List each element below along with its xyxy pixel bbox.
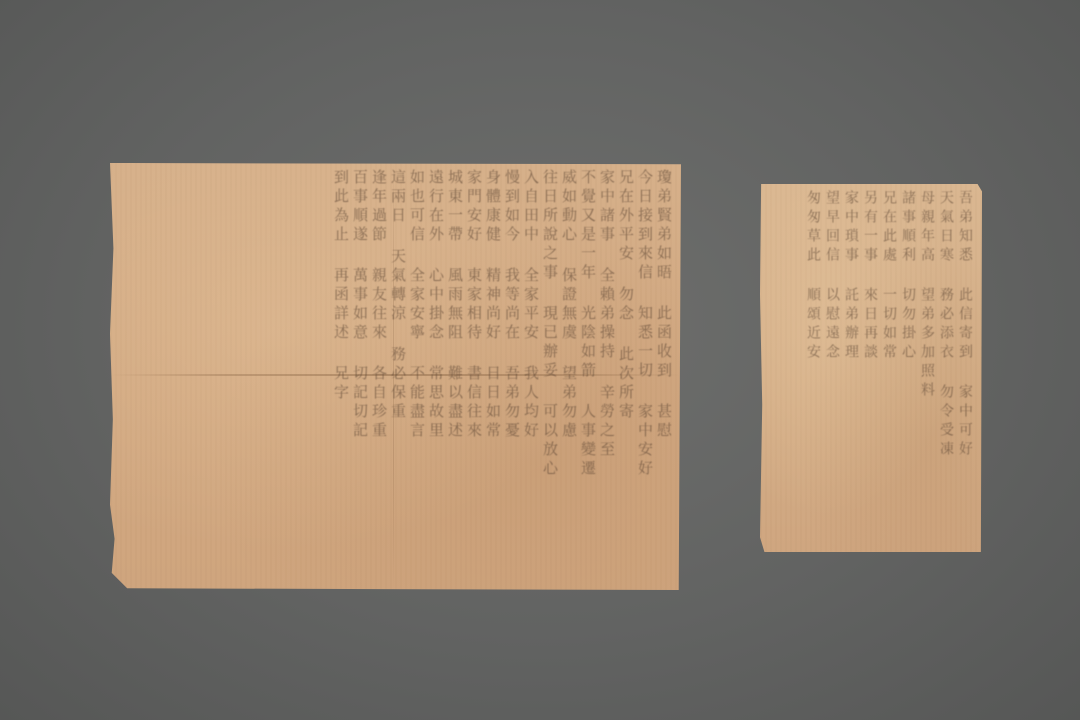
text-column: 這兩日 天氣轉涼 務必保重 <box>390 169 405 584</box>
text-column: 往日所說之事 現已辦妥 可以放心 <box>542 169 557 584</box>
text-column: 城東一帶 風雨無阻 難以盡述 <box>447 169 462 584</box>
small-letter-text: 吾弟知悉 此信寄到 家中可好 天氣日寒 務必添衣 勿令受凍 母親年高 望弟多加照… <box>768 190 972 546</box>
text-column: 遠行在外 心中掛念 常思故里 <box>428 169 443 584</box>
text-column: 今日接到來信 知悉一切 家中安好 <box>637 169 652 584</box>
text-column: 天氣日寒 務必添衣 勿令受凍 <box>939 190 953 546</box>
text-column: 望早回信 以慰遠念 <box>825 190 839 546</box>
small-handwritten-letter: 吾弟知悉 此信寄到 家中可好 天氣日寒 務必添衣 勿令受凍 母親年高 望弟多加照… <box>760 184 982 552</box>
text-column: 瓊弟賢弟如晤 此函收到 甚慰 <box>656 169 671 584</box>
text-column: 匆匆草此 順頌近安 <box>806 190 820 546</box>
text-column: 身體康健 精神尚好 日日如常 <box>485 169 500 584</box>
text-column: 如也可信 全家安寧 不能盡言 <box>409 169 424 584</box>
text-column: 慢到如今 我等尚在 吾弟勿憂 <box>504 169 519 584</box>
text-column: 母親年高 望弟多加照料 <box>920 190 934 546</box>
text-column: 兄在此處 一切如常 <box>882 190 896 546</box>
text-column: 逢年過節 親友往來 各自珍重 <box>371 169 386 584</box>
text-column: 到此為止 再函詳述 兄字 <box>333 169 348 584</box>
text-column: 家中瑣事 託弟辦理 <box>844 190 858 546</box>
photo-background: { "scene": { "description": "Photograph … <box>0 0 1080 720</box>
text-column: 威如動心 保證無虞 望弟勿慮 <box>561 169 576 584</box>
large-handwritten-letter: 瓊弟賢弟如晤 此函收到 甚慰 今日接到來信 知悉一切 家中安好 兄在外平安 勿念… <box>110 163 681 590</box>
text-column: 另有一事 來日再談 <box>863 190 877 546</box>
large-letter-text: 瓊弟賢弟如晤 此函收到 甚慰 今日接到來信 知悉一切 家中安好 兄在外平安 勿念… <box>118 169 671 584</box>
text-column: 不覺又是一年 光陰如箭 人事變遷 <box>580 169 595 584</box>
text-column: 入自田中 全家平安 我人均好 <box>523 169 538 584</box>
text-column: 百事順遂 萬事如意 切記切記 <box>352 169 367 584</box>
text-column: 兄在外平安 勿念 此次所寄 <box>618 169 633 584</box>
text-column: 家門安好 東家相待 書信往來 <box>466 169 481 584</box>
text-column: 家中諸事 全賴弟操持 辛勞之至 <box>599 169 614 584</box>
text-column: 諸事順利 切勿掛心 <box>901 190 915 546</box>
text-column: 吾弟知悉 此信寄到 家中可好 <box>958 190 972 546</box>
